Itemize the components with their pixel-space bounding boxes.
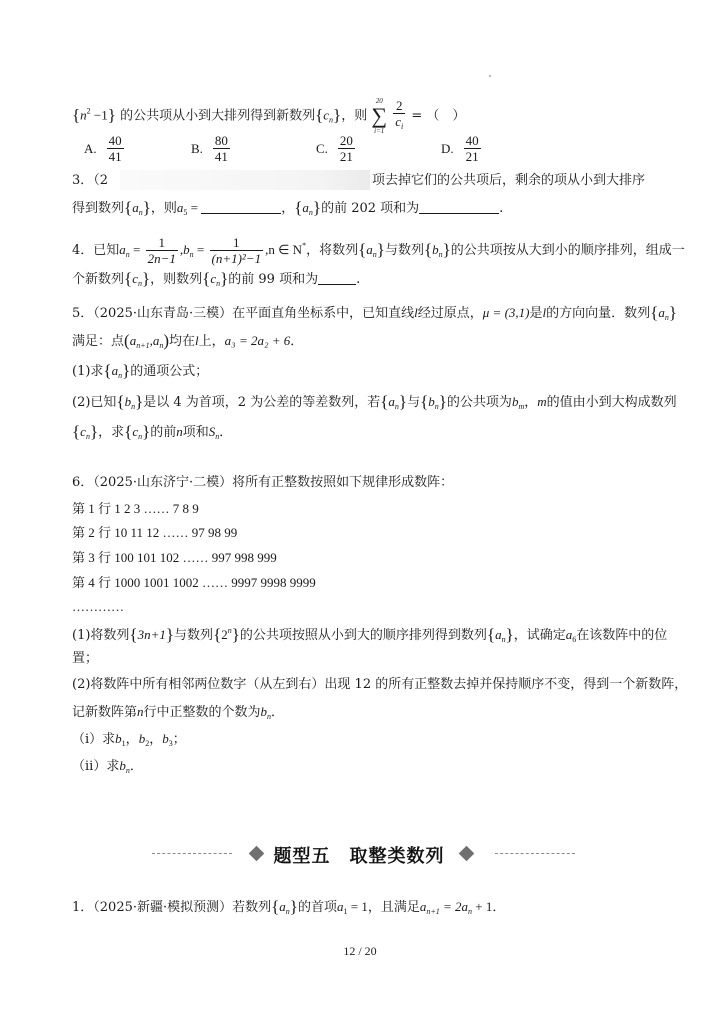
page-number: 12 / 20 — [0, 944, 720, 959]
q3-line1-tail: 项去掉它们的公共项后，剩余的项从小到大排序 — [372, 172, 645, 190]
q5-line1: 5．（2025·山东青岛·三模）在平面直角坐标系中，已知直线l经过原点，μ = … — [72, 304, 677, 327]
answer-blank-q4[interactable] — [318, 271, 356, 285]
q6-part2-line2: 记新数阵第n行中正整数的个数为bn． — [72, 703, 284, 726]
q6-row-2: 第 2 行 10 11 12 …… 97 98 99 — [72, 524, 237, 542]
scan-speck — [489, 75, 491, 77]
q6-stem: 6．（2025·山东济宁·二模）将所有正整数按照如下规律形成数阵： — [72, 474, 453, 492]
q4-line2: 个新数列{cn}，则数列{cn}的前 99 项和为. — [72, 270, 360, 293]
q6-part1-line1: (1)将数列{3n+1}与数列{2n}的公共项按照从小到大的顺序排列得到数列{a… — [72, 622, 667, 649]
q3-line1: 3．（2 — [72, 172, 108, 190]
q2-stem: {n2 −1} 的公共项从小到大排列得到新数列{cn}，则 20 ∑ i=1 2… — [72, 96, 465, 136]
q5-part2-line1: (2)已知{bn}是以 4 为首项，2 为公差的等差数列，若{an}与{bn}的… — [72, 393, 677, 416]
q5-line2: 满足：点(an+1,an)均在l上，a₃ = 2a₂ + 6． — [72, 332, 303, 355]
summation: 20 ∑ i=1 — [371, 96, 387, 136]
answer-blank-sum[interactable] — [419, 200, 499, 214]
option-c[interactable]: C.2021 — [316, 133, 357, 164]
dashed-rule-right — [495, 853, 575, 854]
section-header: 题型五 取整类数列 — [150, 840, 575, 870]
section-title: 题型五 取整类数列 — [267, 842, 451, 868]
diamond-icon — [459, 846, 475, 862]
q4-line1: 4．已知an = 12n−1,bn = 1(n+1)²−1,n ∈ N*，将数列… — [72, 235, 685, 266]
dashed-rule-left — [152, 853, 232, 854]
q6-sub-i: （i）求b1，b2，b3； — [72, 730, 186, 753]
q6-row-3: 第 3 行 100 101 102 …… 997 998 999 — [72, 549, 277, 567]
option-a[interactable]: A.4041 — [84, 133, 126, 164]
q5-part2-line2: {cn}，求{cn}的前n项和Sn． — [72, 423, 232, 446]
q6-part1-line2: 置； — [72, 650, 98, 668]
diamond-icon — [249, 846, 265, 862]
option-d[interactable]: D.4021 — [441, 133, 483, 164]
q6-row-4: 第 4 行 1000 1001 1002 …… 9997 9998 9999 — [72, 574, 316, 592]
q6-ellipsis: ………… — [72, 598, 124, 616]
q6-row-1: 第 1 行 1 2 3 …… 7 8 9 — [72, 500, 199, 518]
option-b[interactable]: B.8041 — [191, 133, 232, 164]
q6-sub-ii: （ii）求bn． — [72, 757, 143, 780]
redaction-mask — [120, 170, 370, 190]
q3-line2: 得到数列{an}，则a5 = ，{an}的前 202 项和为. — [72, 199, 503, 222]
q6-part2-line1: (2)将数阵中所有相邻两位数字（从左到右）出现 12 的所有正整数去掉并保持顺序… — [72, 676, 687, 694]
q5-part1: (1)求{an}的通项公式； — [72, 362, 208, 385]
answer-blank-a5[interactable] — [201, 200, 281, 214]
s5-q1: 1．（2025·新疆·模拟预测）若数列{an}的首项a1 = 1，且满足an+1… — [72, 898, 505, 921]
